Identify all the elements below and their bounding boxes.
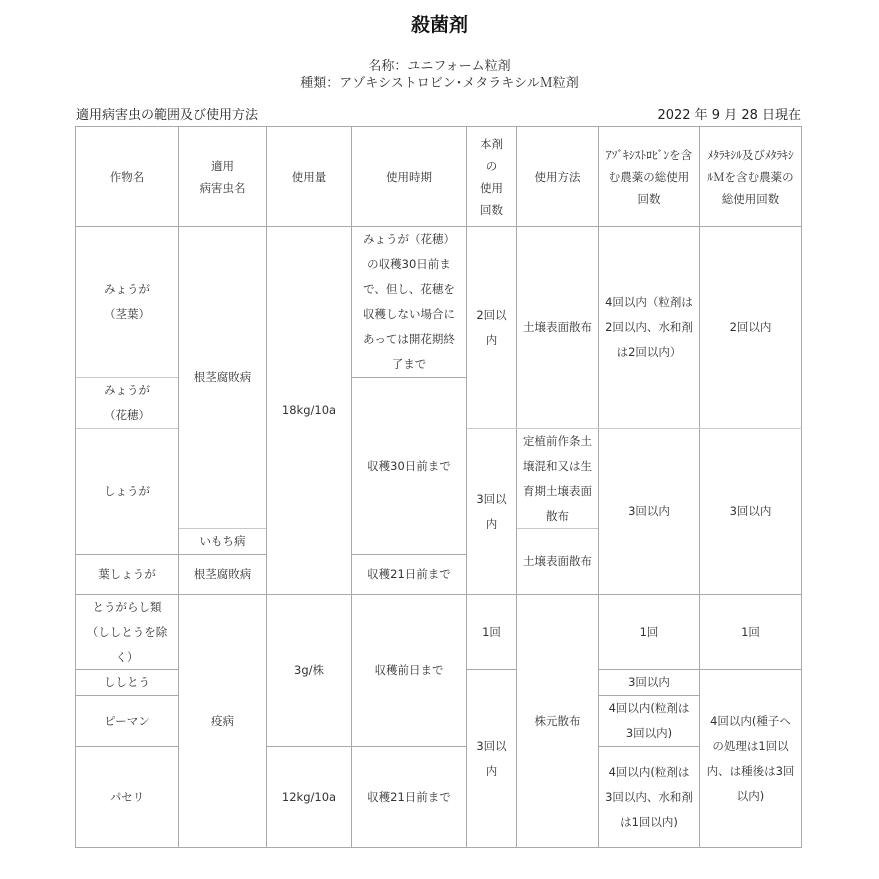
azoxy-shishito: 3回以内 (599, 670, 699, 695)
timing-21days: 収穫21日前まで (352, 555, 466, 594)
row-sep (179, 528, 266, 529)
header-use-count: 本剤 の 使用 回数 (467, 127, 516, 226)
row-sep (599, 746, 699, 747)
header-crop: 作物名 (76, 127, 178, 226)
disease-rhizome-rot-leaf-ginger: 根茎腐敗病 (179, 555, 266, 594)
disease-rhizome-rot: 根茎腐敗病 (179, 227, 266, 528)
timing-30days: 収穫30日前まで (352, 378, 466, 554)
timing-21days-parsley: 収穫21日前まで (352, 747, 466, 847)
row-sep (352, 377, 466, 378)
header-method: 使用方法 (517, 127, 598, 226)
count-1time: 1回 (467, 595, 516, 669)
crop-leaf-ginger: 葉しょうが (76, 555, 178, 594)
azoxy-parsley: 4回以内(粒剤は3回以内、水和剤は1回以内) (599, 747, 699, 847)
row-sep (76, 428, 178, 429)
row-sep (517, 528, 598, 529)
crop-shishito: ししとう (76, 670, 178, 695)
azoxy-myoga: 4回以内（粒剤は2回以内、水和剤は2回以内） (599, 227, 699, 428)
disease-blast: いもち病 (179, 529, 266, 554)
count-3times: 3回以内 (467, 429, 516, 594)
method-base-application: 株元散布 (517, 595, 598, 847)
col-sep (266, 126, 267, 848)
col-sep (351, 126, 352, 848)
amount-3g: 3g/株 (267, 595, 351, 746)
header-disease: 適用 病害虫名 (179, 127, 266, 226)
timing-myoga: みょうが（花穂）の収穫30日前まで、但し、花穂を収穫しない場合にあっては開花期終… (352, 227, 466, 377)
header-metalaxyl-total: ﾒﾀﾗｷｼﾙ及びﾒﾀﾗｷｼﾙＭを含む農薬の総使用回数 (700, 127, 801, 226)
row-sep (467, 669, 516, 670)
col-sep (598, 126, 599, 848)
row-sep (599, 669, 802, 670)
row-sep (76, 554, 266, 555)
crop-parsley: パセリ (76, 747, 178, 847)
amount-18kg: 18kg/10a (267, 227, 351, 594)
header-separator (76, 226, 802, 227)
azoxy-piman: 4回以内(粒剤は3回以内) (599, 696, 699, 746)
application-table: 作物名 適用 病害虫名 使用量 使用時期 本剤 の 使用 回数 使用方法 ｱｿﾞ… (0, 0, 879, 879)
row-sep (352, 554, 466, 555)
azoxy-pepper: 1回 (599, 595, 699, 669)
crop-myoga-leaf: みょうが （茎葉） (76, 227, 178, 377)
crop-ginger: しょうが (76, 429, 178, 554)
row-sep (76, 377, 178, 378)
row-sep (76, 669, 178, 670)
count-2times: 2回以内 (467, 227, 516, 428)
azoxy-ginger: 3回以内 (599, 429, 699, 594)
border-right (801, 126, 802, 848)
crop-myoga-flower: みょうが （花穂） (76, 378, 178, 428)
method-pre-planting: 定植前作条土壌混和又は生育期土壌表面散布 (517, 429, 598, 528)
row-sep (76, 746, 178, 747)
method-soil-surface-2: 土壌表面散布 (517, 529, 598, 594)
crop-piman: ピーマン (76, 696, 178, 746)
crop-pepper: とうがらし類（ししとうを除く） (76, 595, 178, 669)
metalaxyl-myoga: 2回以内 (700, 227, 801, 428)
row-sep (76, 594, 802, 595)
timing-day-before-harvest: 収穫前日まで (352, 595, 466, 746)
col-sep (699, 126, 700, 848)
border-top (76, 126, 802, 127)
metalaxyl-rest: 4回以内(種子への処理は1回以内、は種後は3回以内) (700, 670, 801, 847)
metalaxyl-pepper: 1回 (700, 595, 801, 669)
row-sep (467, 428, 802, 429)
metalaxyl-ginger: 3回以内 (700, 429, 801, 594)
amount-12kg: 12kg/10a (267, 747, 351, 847)
disease-phytophthora: 疫病 (179, 595, 266, 847)
method-soil-surface: 土壌表面散布 (517, 227, 598, 428)
border-bottom (76, 847, 802, 848)
col-sep (466, 126, 467, 848)
header-amount: 使用量 (267, 127, 351, 226)
row-sep (599, 695, 699, 696)
header-azoxystrobin-total: ｱｿﾞｷｼｽﾄﾛﾋﾞﾝを含む農薬の総使用回数 (599, 127, 699, 226)
row-sep (267, 746, 466, 747)
header-timing: 使用時期 (352, 127, 466, 226)
row-sep (76, 695, 178, 696)
col-sep (516, 126, 517, 848)
col-sep (178, 126, 179, 848)
border-left (75, 126, 76, 848)
count-3times-peppers: 3回以内 (467, 670, 516, 847)
